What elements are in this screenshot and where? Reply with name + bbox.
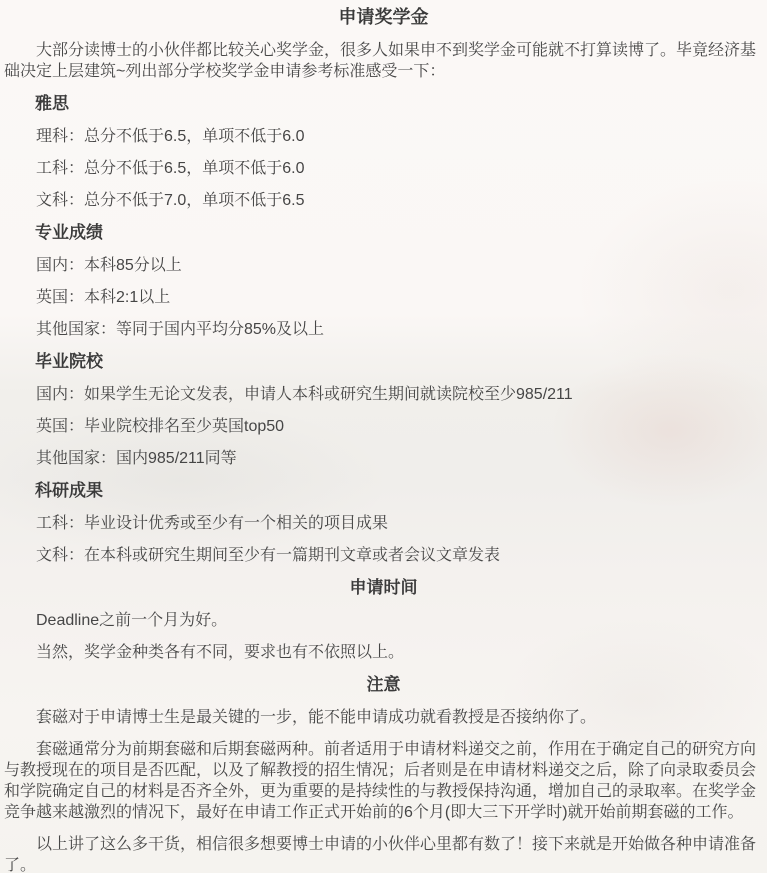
section-heading-major-grades: 专业成绩 bbox=[4, 222, 763, 244]
notice-paragraph: 以上讲了这么多干货，相信很多想要博士申请的小伙伴心里都有数了！接下来就是开始做各… bbox=[4, 834, 763, 873]
list-item: 其他国家：等同于国内平均分85%及以上 bbox=[4, 319, 763, 340]
list-item: 其他国家：国内985/211同等 bbox=[4, 448, 763, 469]
scholarship-article: 申请奖学金 大部分读博士的小伙伴都比较关心奖学金，很多人如果申不到奖学金可能就不… bbox=[0, 0, 767, 873]
article-title: 申请奖学金 bbox=[4, 5, 763, 29]
list-item: 工科：毕业设计优秀或至少有一个相关的项目成果 bbox=[4, 513, 763, 534]
section-heading-notice: 注意 bbox=[4, 674, 763, 696]
section-heading-graduation-school: 毕业院校 bbox=[4, 351, 763, 373]
application-time-paragraph: 当然，奖学金种类各有不同，要求也有不依照以上。 bbox=[4, 642, 763, 663]
notice-paragraph: 套磁对于申请博士生是最关键的一步，能不能申请成功就看教授是否接纳你了。 bbox=[4, 707, 763, 728]
section-heading-research-results: 科研成果 bbox=[4, 480, 763, 502]
list-item: 工科：总分不低于6.5，单项不低于6.0 bbox=[4, 158, 763, 179]
list-item: 国内：本科85分以上 bbox=[4, 255, 763, 276]
application-time-paragraph: Deadline之前一个月为好。 bbox=[4, 610, 763, 631]
list-item: 国内：如果学生无论文发表，申请人本科或研究生期间就读院校至少985/211 bbox=[4, 384, 763, 405]
section-heading-application-time: 申请时间 bbox=[4, 577, 763, 599]
list-item: 文科：总分不低于7.0，单项不低于6.5 bbox=[4, 190, 763, 211]
notice-paragraph: 套磁通常分为前期套磁和后期套磁两种。前者适用于申请材料递交之前，作用在于确定自己… bbox=[4, 739, 763, 823]
list-item: 理科：总分不低于6.5，单项不低于6.0 bbox=[4, 126, 763, 147]
section-heading-ielts: 雅思 bbox=[4, 93, 763, 115]
list-item: 英国：毕业院校排名至少英国top50 bbox=[4, 416, 763, 437]
list-item: 英国：本科2:1以上 bbox=[4, 287, 763, 308]
list-item: 文科：在本科或研究生期间至少有一篇期刊文章或者会议文章发表 bbox=[4, 545, 763, 566]
intro-paragraph: 大部分读博士的小伙伴都比较关心奖学金，很多人如果申不到奖学金可能就不打算读博了。… bbox=[4, 40, 763, 82]
